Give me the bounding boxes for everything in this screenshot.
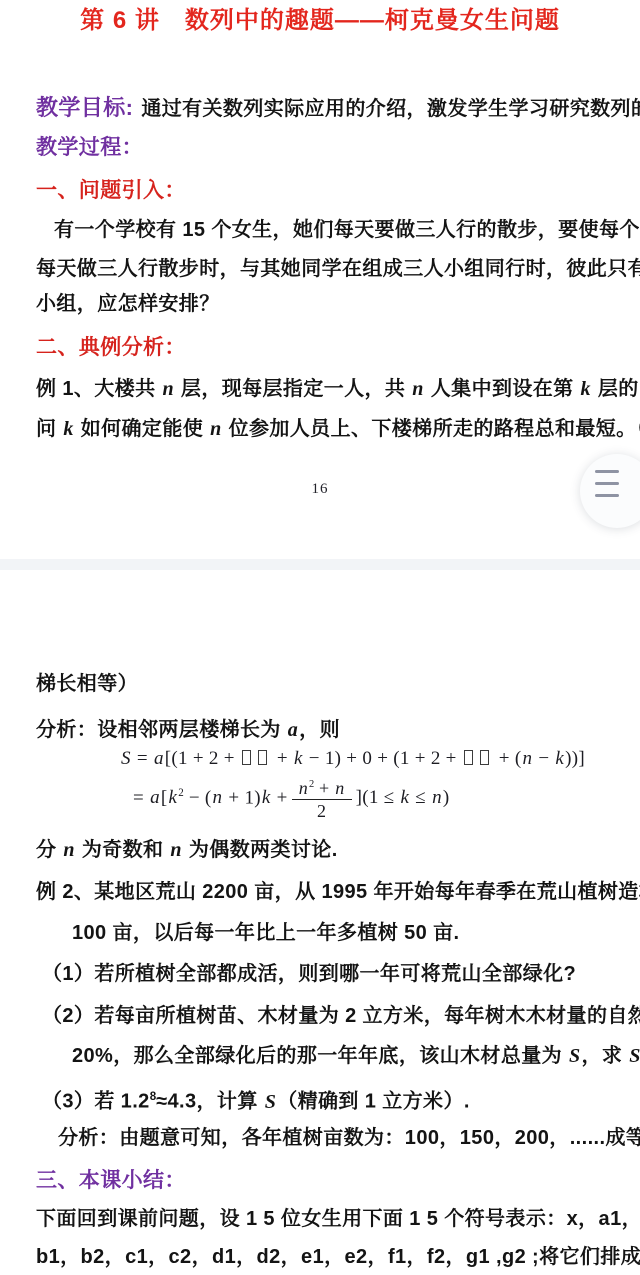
- formula-line-2: = a[k2 − (n + 1)k + n2 + n 2 ](1 ≤ k ≤ n…: [133, 775, 450, 821]
- intro-paragraph-line: 小组，应怎样安排？: [36, 292, 620, 317]
- formula-line-1: S = a[(1 + 2 + + k − 1) + 0 + (1 + 2 + +…: [120, 748, 585, 770]
- example1-line: 问 k 如何确定能使 n 位参加人员上、下楼梯所走的路程总和最短。（假定相邻两层…: [36, 417, 620, 442]
- section-heading-example-analysis: 二、典例分析：: [36, 335, 620, 360]
- hamburger-bar: [595, 470, 619, 473]
- page-title: 第 6 讲 数列中的趣题——柯克曼女生问题: [0, 8, 640, 33]
- fraction: n2 + n 2: [292, 775, 352, 821]
- summary-line: b1，b2，c1，c2，d1，d2，e1，e2，f1，f2，g1 ,g2 ;将它…: [36, 1245, 620, 1270]
- teaching-goal-line: 教学目标:通过有关数列实际应用的介绍，激发学生学习研究数列的积极性 .: [36, 95, 620, 122]
- hamburger-bar: [595, 494, 619, 497]
- discussion-line: 分 n 为奇数和 n 为偶数两类讨论.: [36, 838, 620, 863]
- question1-line: （1）若所植树全部都成活，则到哪一年可将荒山全部绿化?: [42, 962, 620, 987]
- teaching-process-heading: 教学过程：: [36, 135, 620, 160]
- menu-button[interactable]: [580, 454, 640, 528]
- question2-line: 20%，那么全部绿化后的那一年年底，该山木材总量为 S，求 S 的表达式.: [72, 1044, 620, 1069]
- document-viewer: 第 6 讲 数列中的趣题——柯克曼女生问题 教学目标:通过有关数列实际应用的介绍…: [0, 0, 640, 1275]
- intro-paragraph-line: 有一个学校有 15 个女生，她们每天要做三人行的散步，要使每个女生在一周内的: [54, 218, 620, 243]
- page-number: 16: [0, 477, 640, 502]
- question2-line: （2）若每亩所植树苗、木材量为 2 立方米，每年树木木材量的自然增长率为: [42, 1004, 620, 1029]
- fraction-denominator: 2: [317, 800, 326, 821]
- section-heading-lesson-summary: 三、本课小结：: [36, 1168, 620, 1193]
- summary-line: 下面回到课前问题，设 1 5 位女生用下面 1 5 个符号表示：x，a1，a2，: [36, 1207, 620, 1232]
- teaching-goal-label: 教学目标:: [36, 95, 133, 120]
- teaching-goal-text: 通过有关数列实际应用的介绍，激发学生学习研究数列的积极性 .: [141, 98, 640, 120]
- example2-analysis-line: 分析：由题意可知，各年植树亩数为：100，150，200，......成等差数列: [58, 1126, 620, 1151]
- fraction-numerator: n2 + n: [292, 775, 352, 800]
- example1-continuation: 梯长相等）: [36, 672, 620, 697]
- example1-analysis-line: 分析：设相邻两层楼梯长为 a，则: [36, 718, 620, 743]
- example2-line: 100 亩，以后每一年比上一年多植树 50 亩.: [72, 921, 620, 946]
- hamburger-bar: [595, 482, 619, 485]
- formula-line-2-pre: = a[k2 − (n + 1)k +: [133, 787, 288, 809]
- question3-line: （3）若 1.28≈4.3，计算 S（精确到 1 立方米）.: [42, 1084, 620, 1115]
- page-divider: [0, 559, 640, 570]
- intro-paragraph-line: 每天做三人行散步时，与其她同学在组成三人小组同行时，彼此只有一次相遇在同一: [36, 257, 620, 282]
- example2-line: 例 2、某地区荒山 2200 亩，从 1995 年开始每年春季在荒山植树造林，第…: [36, 880, 620, 905]
- section-heading-problem-intro: 一、问题引入：: [36, 178, 620, 203]
- formula-line-2-post: ](1 ≤ k ≤ n): [356, 787, 450, 809]
- hamburger-icon: [595, 470, 619, 500]
- example1-line: 例 1、大楼共 n 层，现每层指定一人，共 n 人集中到设在第 k 层的临时会议…: [36, 377, 620, 402]
